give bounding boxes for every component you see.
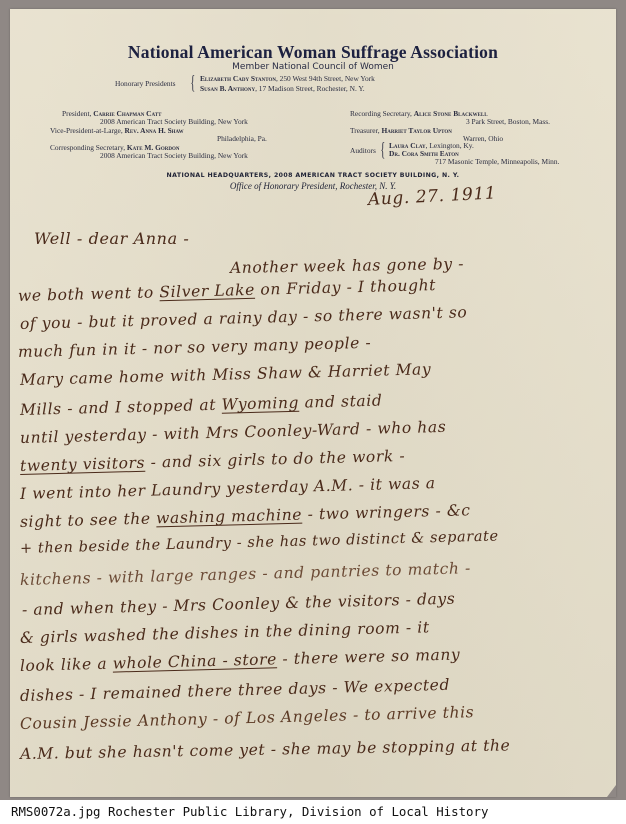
letter-line: twenty visitors - and six girls to do th… xyxy=(20,447,406,475)
letter-line: Mary came home with Miss Shaw & Harriet … xyxy=(20,360,432,389)
letter-line: much fun in it - nor so very many people… xyxy=(18,334,372,361)
letter-line: kitchens - with large ranges - and pantr… xyxy=(20,559,471,589)
officer-treasurer: Treasurer, Harriet Taylor Upton xyxy=(350,126,452,135)
honorary-president-2: Susan B. Anthony, 17 Madison Street, Roc… xyxy=(200,84,365,93)
auditors-address: 717 Masonic Temple, Minneapolis, Minn. xyxy=(435,157,559,166)
letter-paper: National American Woman Suffrage Associa… xyxy=(10,9,616,797)
letterhead: National American Woman Suffrage Associa… xyxy=(10,9,616,189)
letter-line: Cousin Jessie Anthony - of Los Angeles -… xyxy=(20,703,475,733)
scanned-letter-image: National American Woman Suffrage Associa… xyxy=(0,0,626,800)
member-line: Member National Council of Women xyxy=(10,62,616,72)
association-title: National American Woman Suffrage Associa… xyxy=(10,42,616,63)
officer-recording-secretary-address: 3 Park Street, Boston, Mass. xyxy=(466,117,550,126)
officer-vice-president-address: Philadelphia, Pa. xyxy=(217,134,267,143)
officer-vice-president: Vice-President-at-Large, Rev. Anna H. Sh… xyxy=(50,126,184,135)
officer-president-address: 2008 American Tract Society Building, Ne… xyxy=(100,117,248,126)
auditors-label: Auditors xyxy=(350,146,376,155)
letter-line: A.M. but she hasn't come yet - she may b… xyxy=(20,736,511,763)
letter-line: Another week has gone by - xyxy=(230,255,464,277)
image-caption: RMS0072a.jpg Rochester Public Library, D… xyxy=(0,800,626,824)
brace-icon: { xyxy=(190,73,195,93)
letter-line: I went into her Laundry yesterday A.M. -… xyxy=(20,474,436,503)
office-line: Office of Honorary President, Rochester,… xyxy=(10,181,616,191)
brace-icon: { xyxy=(380,140,385,160)
letter-line: look like a whole China - store - there … xyxy=(20,645,461,675)
letter-line: sight to see the washing machine - two w… xyxy=(20,501,471,531)
folded-corner xyxy=(607,785,616,797)
letter-line: until yesterday - with Mrs Coonley-Ward … xyxy=(20,418,447,447)
letter-line: dishes - I remained there three days - W… xyxy=(20,676,450,705)
honorary-president-1: Elizabeth Cady Stanton, 250 West 94th St… xyxy=(200,74,375,83)
letter-line: - and when they - Mrs Coonley & the visi… xyxy=(22,590,456,619)
officer-corresponding-secretary-address: 2008 American Tract Society Building, Ne… xyxy=(100,151,248,160)
letter-line: Mills - and I stopped at Wyoming and sta… xyxy=(20,392,383,419)
letter-line: & girls washed the dishes in the dining … xyxy=(20,618,430,647)
salutation: Well - dear Anna - xyxy=(34,229,189,248)
national-headquarters: NATIONAL HEADQUARTERS, 2008 AMERICAN TRA… xyxy=(10,172,616,179)
letter-line: + then beside the Laundry - she has two … xyxy=(20,528,499,557)
caption-text: RMS0072a.jpg Rochester Public Library, D… xyxy=(11,804,488,819)
letter-line: we both went to Silver Lake on Friday - … xyxy=(18,276,436,305)
honorary-presidents-label: Honorary Presidents xyxy=(115,79,176,88)
letter-line: of you - but it proved a rainy day - so … xyxy=(20,303,468,333)
